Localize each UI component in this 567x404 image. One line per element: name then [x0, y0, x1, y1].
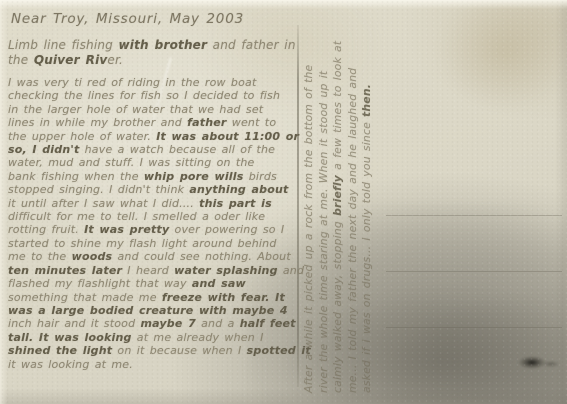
- handwritten-line: water, mud and stuff. I was sitting on t…: [8, 156, 298, 169]
- handwritten-line: something that made me freeze with fear.…: [8, 291, 298, 304]
- handwritten-line: ten minutes later I heard water splashin…: [8, 264, 298, 277]
- handwritten-line: After a while it picked up a rock from t…: [302, 48, 317, 393]
- handwritten-line: it until after I saw what I did.... this…: [8, 197, 298, 210]
- handwritten-line: inch hair and it stood maybe 7 and a hal…: [8, 317, 298, 330]
- handwritten-line: calmly walked away, stopping briefly a f…: [331, 48, 346, 393]
- handwritten-line: tall. It was looking at me already when …: [8, 331, 298, 344]
- margin-note-rotated: After a while it picked up a rock from t…: [302, 48, 378, 393]
- handwritten-line: Limb line fishing with brother and fathe…: [8, 38, 298, 53]
- handwritten-line: bank fishing when the whip pore wills bi…: [8, 170, 298, 183]
- handwritten-line: asked if I was on drugs... I only told y…: [360, 48, 375, 393]
- handwritten-line: river the whole time staring at me. When…: [317, 48, 332, 393]
- handwritten-line: it was looking at me.: [8, 358, 298, 371]
- message-body: I was very ti red of riding in the row b…: [8, 76, 298, 371]
- handwritten-line: flashed my flashlight that way and saw: [8, 277, 298, 290]
- handwritten-line: me to the woods and could see nothing. A…: [8, 250, 298, 263]
- handwritten-line: rotting fruit. It was pretty over poweri…: [8, 223, 298, 236]
- margin-note-text: After a while it picked up a rock from t…: [302, 48, 378, 393]
- handwritten-line: difficult for me to tell. I smelled a od…: [8, 210, 298, 223]
- postcard-back: Near Troy, Missouri, May 2003 Limb line …: [0, 0, 567, 404]
- dark-soot-spot: [514, 354, 550, 371]
- handwritten-line: lines in while my brother and father wen…: [8, 116, 298, 129]
- paper-stain: [420, 0, 567, 125]
- address-rule-line: [386, 327, 562, 328]
- dark-soot-spot: [540, 360, 562, 368]
- handwritten-line: so, I didn't have a watch because all of…: [8, 143, 298, 156]
- handwritten-line: in the larger hole of water that we had …: [8, 103, 298, 116]
- intro-note: Limb line fishing with brother and fathe…: [8, 38, 298, 67]
- handwritten-line: I was very ti red of riding in the row b…: [8, 76, 298, 89]
- handwritten-line: started to shine my flash light around b…: [8, 237, 298, 250]
- handwritten-line: me... I told my father the next day and …: [346, 48, 361, 393]
- handwritten-line: was a large bodied creature with maybe 4: [8, 304, 298, 317]
- handwritten-line: shined the light on it because when I sp…: [8, 344, 298, 357]
- address-rule-line: [386, 215, 562, 216]
- handwritten-line: the upper hole of water. It was about 11…: [8, 130, 298, 143]
- handwritten-line: stopped singing. I didn't think anything…: [8, 183, 298, 196]
- handwritten-line: the Quiver River.: [8, 53, 298, 68]
- handwritten-line: checking the lines for fish so I decided…: [8, 89, 298, 102]
- dateline: Near Troy, Missouri, May 2003: [11, 11, 244, 27]
- address-rule-line: [386, 271, 562, 272]
